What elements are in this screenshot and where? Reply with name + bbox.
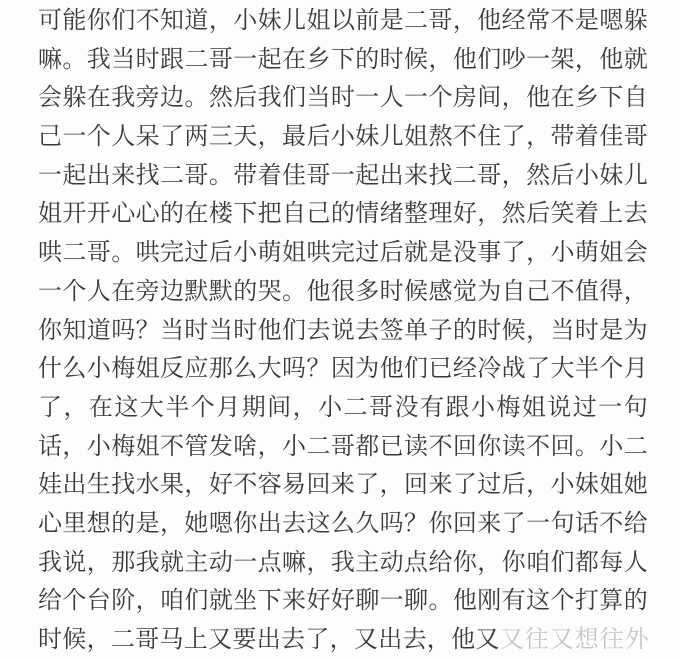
text-line: 了，在这大半个月期间，小二哥没有跟小梅姐说过一句 (38, 389, 648, 428)
text-line: 话，小梅姐不管发啥，小二哥都已读不回你读不回。小二 (38, 428, 648, 467)
text-line: 给个台阶，咱们就坐下来好好聊一聊。他刚有这个打算的 (38, 582, 648, 621)
document-page: 可能你们不知道，小妹儿姐以前是二哥，他经常不是嗯躲 嘛。我当时跟二哥一起在乡下的… (0, 0, 680, 660)
watermark-text: 又往又想往外 (500, 626, 650, 653)
transcript-text: 可能你们不知道，小妹儿姐以前是二哥，他经常不是嗯躲 嘛。我当时跟二哥一起在乡下的… (38, 2, 648, 660)
text-line: 一起出来找二哥。带着佳哥一起出来找二哥，然后小妹儿 (38, 157, 648, 196)
text-line: 娃出生找水果，好不容易回来了，回来了过后，小妹姐她 (38, 466, 648, 505)
text-line: 姐开开心心的在楼下把自己的情绪整理好，然后笑着上去 (38, 195, 648, 234)
text-line: 我说，那我就主动一点嘛，我主动点给你，你咱们都每人 (38, 544, 648, 583)
text-line: 什么小梅姐反应那么大吗？因为他们已经冷战了大半个月 (38, 350, 648, 389)
text-line: 心里想的是，她嗯你出去这么久吗？你回来了一句话不给 (38, 505, 648, 544)
text-line-last: 时候，二哥马上又要出去了，又出去，他又又往又想往外 (38, 621, 648, 660)
text-line: 可能你们不知道，小妹儿姐以前是二哥，他经常不是嗯躲 (38, 2, 648, 41)
text-line: 哄二哥。哄完过后小萌姐哄完过后就是没事了，小萌姐会 (38, 234, 648, 273)
text-line: 你知道吗？当时当时他们去说去签单子的时候，当时是为 (38, 312, 648, 351)
text-line: 己一个人呆了两三天，最后小妹儿姐熬不住了，带着佳哥 (38, 118, 648, 157)
text-line-last-content: 时候，二哥马上又要出去了，又出去，他又 (38, 626, 500, 653)
text-line: 一个人在旁边默默的哭。他很多时候感觉为自己不值得， (38, 273, 648, 312)
text-line: 嘛。我当时跟二哥一起在乡下的时候，他们吵一架，他就 (38, 41, 648, 80)
text-line: 会躲在我旁边。然后我们当时一人一个房间，他在乡下自 (38, 79, 648, 118)
